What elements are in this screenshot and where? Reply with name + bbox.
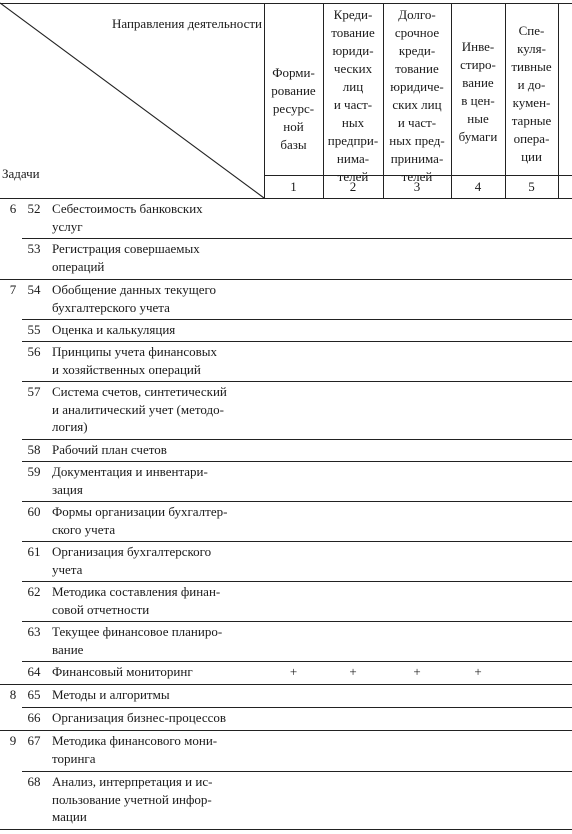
cell-mark-col-1: + [264,663,323,681]
task-number: 65 [24,686,44,704]
table-row: 63Текущее финансовое планиро- вание [0,621,572,661]
column-number-2: 2 [323,178,383,196]
task-name: Анализ, интерпретация и ис- пользование … [52,773,262,826]
task-name: Организация бизнес-процессов [52,709,262,727]
table-row: 754Обобщение данных текущего бухгалтерск… [0,279,572,319]
task-number: 62 [24,583,44,601]
task-name: Текущее финансовое планиро- вание [52,623,262,658]
table-row: 57Система счетов, синтетический и аналит… [0,381,572,439]
column-header-4: Инве- стиро- вание в цен- ные бумаги [451,38,505,146]
table-row: 967Методика финансового мони- торинга [0,730,572,771]
table-row: 652Себестоимость банковских услуг [0,198,572,238]
column-divider [558,3,559,198]
task-name: Методы и алгоритмы [52,686,262,704]
task-number: 60 [24,503,44,521]
column-header-3: Долго- срочное креди- тование юридиче- с… [383,6,451,186]
cell-mark-col-3: + [383,663,451,681]
task-name: Принципы учета финансовых и хозяйственны… [52,343,262,378]
table-row: 68Анализ, интерпретация и ис- пользовани… [0,771,572,829]
task-name: Рабочий план счетов [52,441,262,459]
column-number-4: 4 [451,178,505,196]
table-row: 60Формы организации бухгалтер- ского уче… [0,501,572,541]
task-number: 64 [24,663,44,681]
task-name: Организация бухгалтерского учета [52,543,262,578]
task-name: Система счетов, синтетический и аналитич… [52,383,262,436]
group-number: 9 [6,732,20,750]
task-name: Обобщение данных текущего бухгалтерского… [52,281,262,316]
task-number: 55 [24,321,44,339]
column-number-1: 1 [264,178,323,196]
group-divider [0,829,572,830]
task-name: Финансовый мониторинг [52,663,262,681]
task-number: 63 [24,623,44,641]
task-number: 67 [24,732,44,750]
task-number: 61 [24,543,44,561]
table-row: 61Организация бухгалтерского учета [0,541,572,581]
table-row: 62Методика составления финан- совой отче… [0,581,572,621]
task-name: Регистрация совершаемых операций [52,240,262,275]
table-row: 53Регистрация совершаемых операций [0,238,572,279]
task-number: 58 [24,441,44,459]
column-header-1: Форми- рование ресурс- ной базы [264,64,323,154]
task-name: Документация и инвентари- зация [52,463,262,498]
cell-mark-col-4: + [451,663,505,681]
table-row: 58Рабочий план счетов [0,439,572,461]
group-number: 6 [6,200,20,218]
group-number: 8 [6,686,20,704]
task-name: Оценка и калькуляция [52,321,262,339]
table-row: 66Организация бизнес-процессов [0,707,572,730]
task-number: 56 [24,343,44,361]
task-name: Методика финансового мони- торинга [52,732,262,767]
task-name: Методика составления финан- совой отчетн… [52,583,262,618]
task-number: 54 [24,281,44,299]
table-row: 865Методы и алгоритмы [0,684,572,707]
task-number: 52 [24,200,44,218]
task-number: 66 [24,709,44,727]
task-number: 57 [24,383,44,401]
column-number-3: 3 [383,178,451,196]
task-name: Формы организации бухгалтер- ского учета [52,503,262,538]
table-row: 55Оценка и калькуляция [0,319,572,341]
task-name: Себестоимость банковских услуг [52,200,262,235]
column-number-5: 5 [505,178,558,196]
column-header-2: Креди- тование юриди- ческих лиц и част-… [323,6,383,186]
corner-label-directions: Направления деятельности [80,16,262,32]
corner-label-tasks: Задачи [2,166,40,182]
task-number: 59 [24,463,44,481]
column-header-5: Спе- куля- тивные и до- кумен- тарные оп… [505,22,558,166]
group-number: 7 [6,281,20,299]
task-number: 53 [24,240,44,258]
table-row: 56Принципы учета финансовых и хозяйствен… [0,341,572,381]
cell-mark-col-2: + [323,663,383,681]
task-number: 68 [24,773,44,791]
table-row: 59Документация и инвентари- зация [0,461,572,501]
table-row: 64Финансовый мониторинг++++ [0,661,572,684]
